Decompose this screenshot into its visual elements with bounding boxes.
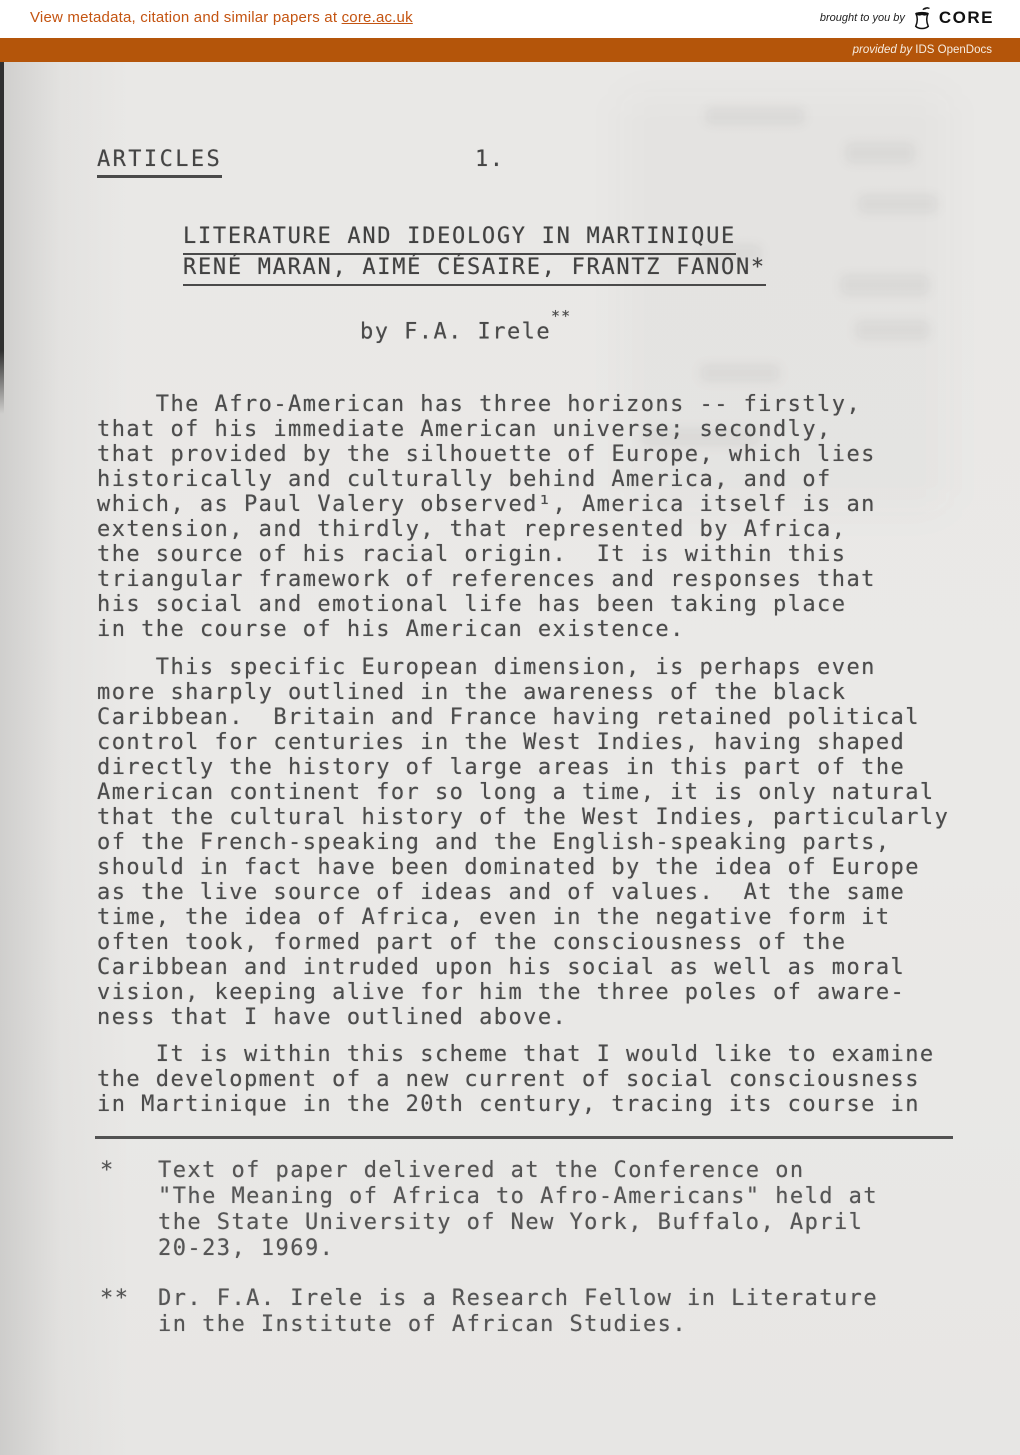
scan-edge-shadow bbox=[0, 62, 4, 414]
provider-bar: provided by IDS OpenDocs bbox=[0, 38, 1020, 62]
article-title: LITERATURE AND IDEOLOGY IN MARTINIQUE RE… bbox=[183, 224, 766, 286]
title-line-1: LITERATURE AND IDEOLOGY IN MARTINIQUE bbox=[183, 224, 736, 255]
byline-text: by F.A. Irele bbox=[360, 319, 551, 344]
title-line-2: RENÉ MARAN, AIMÉ CÉSAIRE, FRANTZ FANON* bbox=[183, 255, 766, 286]
scanned-page: ARTICLES 1. LITERATURE AND IDEOLOGY IN M… bbox=[0, 62, 1020, 1455]
footnote: ** Dr. F.A. Irele is a Research Fellow i… bbox=[97, 1286, 878, 1338]
banner-message: View metadata, citation and similar pape… bbox=[30, 9, 413, 26]
paragraph: It is within this scheme that I would li… bbox=[97, 1042, 935, 1117]
scan-artifact bbox=[858, 194, 938, 214]
byline: by F.A. Irele** bbox=[360, 316, 571, 344]
scan-artifact bbox=[705, 107, 805, 125]
provider-name[interactable]: IDS OpenDocs bbox=[915, 44, 992, 56]
core-logo-label[interactable]: CORE bbox=[939, 8, 994, 28]
footnote-separator bbox=[95, 1136, 953, 1139]
page-header-row: ARTICLES 1. bbox=[97, 147, 957, 178]
section-label: ARTICLES bbox=[97, 147, 222, 178]
footnote-marker: * bbox=[100, 1158, 115, 1184]
provided-by-label: provided by bbox=[853, 44, 912, 56]
paragraph: The Afro-American has three horizons -- … bbox=[97, 392, 876, 642]
brought-to-you-by: brought to you by CORE bbox=[820, 6, 994, 30]
core-banner: View metadata, citation and similar pape… bbox=[0, 0, 1020, 38]
scan-artifact bbox=[855, 320, 930, 340]
footnote-text: Text of paper delivered at the Conferenc… bbox=[158, 1158, 878, 1262]
paragraph: This specific European dimension, is per… bbox=[97, 655, 949, 1030]
apple-core-icon bbox=[912, 6, 932, 30]
page-number: 1. bbox=[475, 147, 504, 172]
byline-footnote-mark: ** bbox=[551, 307, 571, 325]
scan-artifact bbox=[840, 274, 930, 296]
brought-by-label: brought to you by bbox=[820, 12, 905, 24]
footnote-marker: ** bbox=[100, 1286, 129, 1312]
footnote-text: Dr. F.A. Irele is a Research Fellow in L… bbox=[158, 1286, 878, 1338]
banner-message-text: View metadata, citation and similar pape… bbox=[30, 9, 337, 26]
scan-artifact bbox=[700, 364, 780, 382]
core-link[interactable]: core.ac.uk bbox=[342, 9, 413, 26]
footnote: * Text of paper delivered at the Confere… bbox=[97, 1158, 878, 1262]
